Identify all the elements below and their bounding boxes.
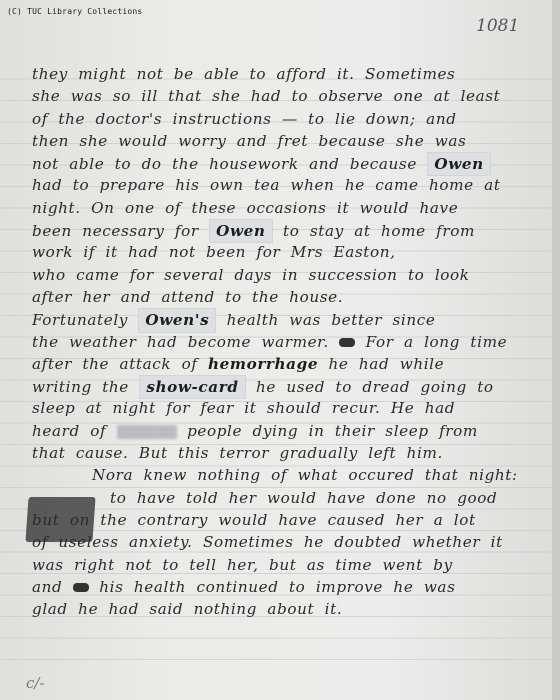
text-segment: after the attack of: [32, 355, 198, 373]
text-segment: he used to dread going to: [256, 378, 494, 396]
text-line: after her and attend to the house.: [32, 286, 547, 308]
word-correction-patch: show-card: [139, 375, 245, 399]
text-line: glad he had said nothing about it.: [32, 598, 547, 620]
text-line: writing the show-card he used to dread g…: [32, 375, 547, 397]
inserted-word: hemorrhage: [208, 353, 318, 375]
text-line: of useless anxiety. Sometimes he doubted…: [32, 531, 547, 553]
text-segment: heard of: [32, 422, 106, 440]
text-line: and his health continued to improve he w…: [32, 576, 547, 598]
copyright-notice: (C) TUC Library Collections: [7, 7, 142, 16]
name-correction-patch: Owen's: [138, 308, 216, 332]
text-line: they might not be able to afford it. Som…: [32, 63, 547, 85]
text-line: the weather had become warmer. For a lon…: [32, 331, 547, 353]
text-line: not able to do the housework and because…: [32, 152, 547, 174]
text-segment: writing the: [32, 378, 129, 396]
ink-blot: [73, 583, 89, 592]
text-line: been necessary for Owen to stay at home …: [32, 219, 547, 241]
page-number: 1081: [476, 16, 519, 36]
text-segment: he had while: [329, 355, 445, 373]
text-segment: Fortunately: [32, 311, 128, 329]
text-line: Nora knew nothing of what occured that n…: [32, 464, 547, 486]
text-segment: been necessary for: [32, 222, 199, 240]
text-line: was right not to tell her, but as time w…: [32, 554, 547, 576]
name-correction-patch: Owen: [209, 219, 272, 243]
text-segment: the weather had become warmer.: [32, 333, 329, 351]
text-segment: and: [32, 578, 62, 596]
text-line: of the doctor's instructions — to lie do…: [32, 108, 547, 130]
text-line: Fortunately Owen's health was better sin…: [32, 308, 547, 330]
text-line: but on the contrary would have caused he…: [32, 509, 547, 531]
text-line: heard of people dying in their sleep fro…: [32, 420, 547, 442]
ink-blot: [339, 338, 355, 347]
text-line: sleep at night for fear it should recur.…: [32, 397, 547, 419]
text-line: then she would worry and fret because sh…: [32, 130, 547, 152]
handwritten-text: they might not be able to afford it. Som…: [32, 63, 547, 620]
text-line: to have told her would have done no good: [32, 487, 547, 509]
text-line: night. On one of these occasions it woul…: [32, 197, 547, 219]
page-edge: [552, 0, 560, 700]
text-line: after the attack of hemorrhage he had wh…: [32, 353, 547, 375]
manuscript-page: (C) TUC Library Collections 1081 they mi…: [0, 0, 560, 700]
text-segment: Nora knew nothing of what occured that n…: [92, 466, 518, 484]
text-segment: people dying in their sleep from: [187, 422, 478, 440]
text-segment: health was better since: [227, 311, 436, 329]
text-segment: For a long time: [366, 333, 508, 351]
text-segment: to have told her would have done no good: [110, 489, 497, 507]
text-line: work if it had not been for Mrs Easton,: [32, 241, 547, 263]
text-line: that cause. But this terror gradually le…: [32, 442, 547, 464]
erased-word: [117, 425, 177, 439]
text-line: who came for several days in succession …: [32, 264, 547, 286]
name-correction-patch: Owen: [427, 152, 490, 176]
continuation-mark: c/-: [26, 674, 45, 692]
text-line: she was so ill that she had to observe o…: [32, 85, 547, 107]
text-line: had to prepare his own tea when he came …: [32, 174, 547, 196]
text-segment: to stay at home from: [283, 222, 475, 240]
text-segment: not able to do the housework and because: [32, 155, 417, 173]
text-segment: his health continued to improve he was: [99, 578, 455, 596]
